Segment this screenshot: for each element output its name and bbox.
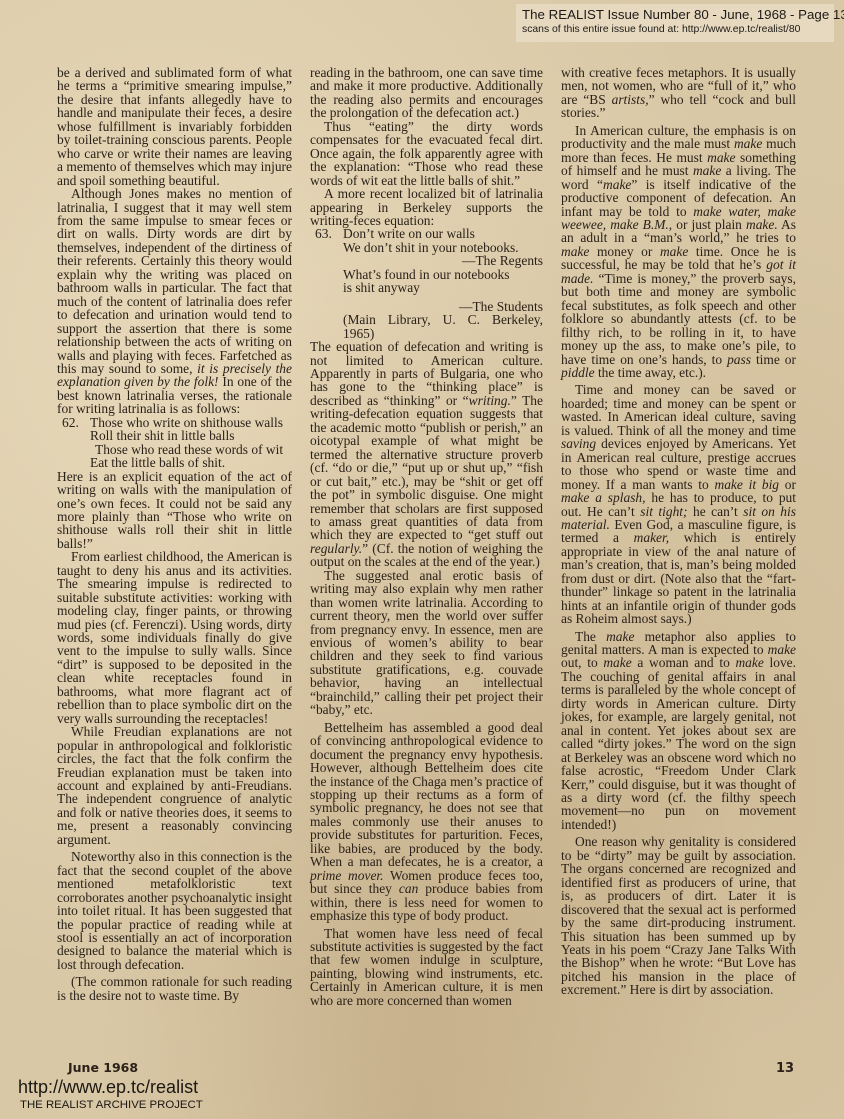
verse-source: (Main Library, U. C. Berkeley, 1965) [315,313,543,340]
banner-subtitle: scans of this entire issue found at: htt… [522,23,828,36]
paragraph: Noteworthy also in this connection is th… [57,850,292,971]
paragraph: Although Jones makes no mention of latri… [57,187,292,416]
paragraph: While Freudian explanations are not popu… [57,725,292,846]
paragraph: One reason why genitality is considered … [561,835,796,996]
archive-project-label: THE REALIST ARCHIVE PROJECT [20,1099,203,1111]
archive-url[interactable]: http://www.ep.tc/realist [18,1077,198,1098]
paragraph: Here is an explicit equation of the act … [57,470,292,551]
paragraph: A more recent localized bit of latrinali… [310,187,543,227]
paragraph: Bettelheim has assembled a good deal of … [310,721,543,923]
paragraph: From earliest childhood, the American is… [57,550,292,725]
paragraph: be a derived and sublimated form of what… [57,66,292,187]
verse-number: 63. [315,227,343,240]
paragraph: reading in the bathroom, one can save ti… [310,66,543,120]
paragraph: with creative feces metaphors. It is usu… [561,66,796,120]
verse-number: 62. [62,416,90,429]
article-column-1: be a derived and sublimated form of what… [57,66,292,1002]
archive-banner: The REALIST Issue Number 80 - June, 1968… [516,4,834,42]
paragraph: Thus “eating” the dirty words compensate… [310,120,543,187]
verse-attribution: —The Regents [315,254,543,267]
paragraph: Time and money can be saved or hoarded; … [561,383,796,625]
paragraph: In American culture, the emphasis is on … [561,124,796,380]
banner-title: The REALIST Issue Number 80 - June, 1968… [522,6,828,23]
article-column-3: with creative feces metaphors. It is usu… [561,66,796,997]
paragraph: The suggested anal erotic basis of writi… [310,569,543,717]
paragraph: The make metaphor also applies to genita… [561,630,796,832]
paragraph: (The common rationale for such reading i… [57,975,292,1002]
issue-date: June 1968 [68,1060,138,1075]
paragraph: The equation of defecation and writing i… [310,340,543,569]
article-column-2: reading in the bathroom, one can save ti… [310,66,543,1007]
verse-attribution: —The Students [315,300,543,313]
verse-63: 63.Don’t write on our walls We don’t shi… [310,227,543,340]
paragraph: That women have less need of fecal subst… [310,927,543,1008]
page-number: 13 [776,1061,794,1076]
verse-62: 62.Those who write on shithouse walls Ro… [57,416,292,470]
